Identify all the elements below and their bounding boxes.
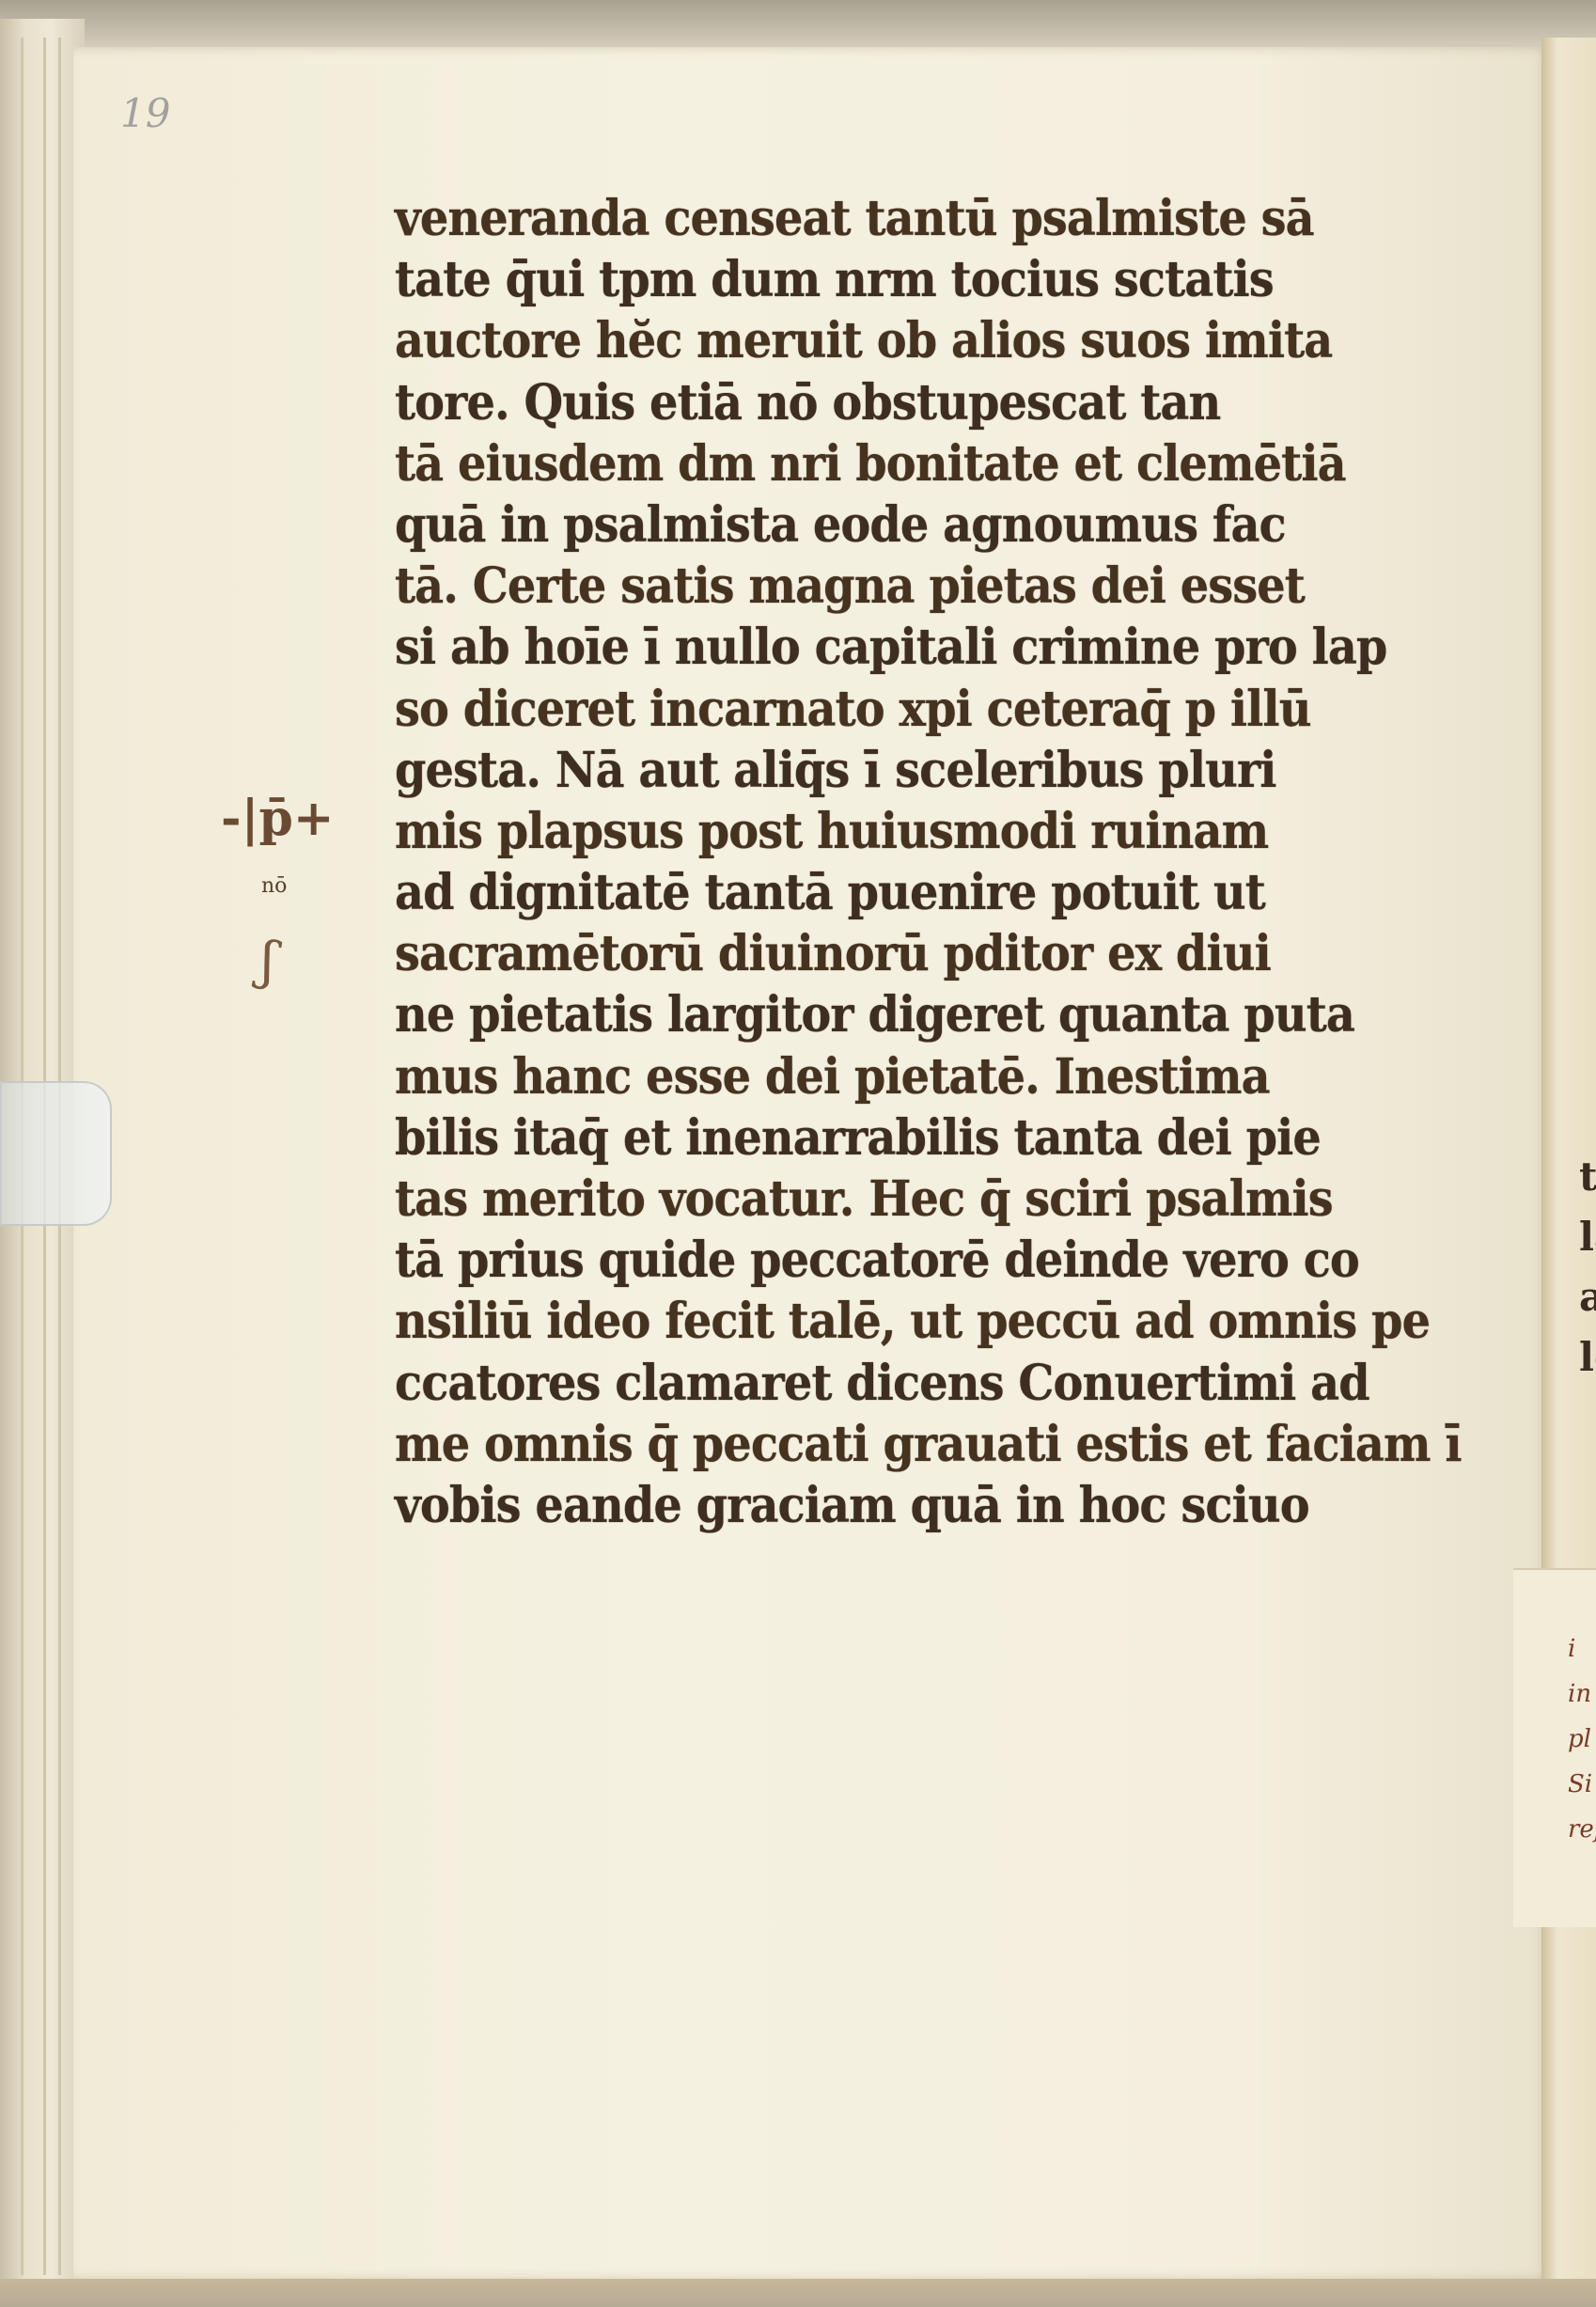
- marginal-note: -|p̄+: [221, 790, 334, 847]
- text-line: nsiliū ideo fecit talē, ut peccū ad omni…: [395, 1291, 1389, 1352]
- text-line: gesta. Nā aut aliq̄s ī sceleribus pluri: [395, 740, 1389, 801]
- plastic-clip: [0, 1081, 112, 1226]
- binding-bottom-edge: [0, 2279, 1596, 2307]
- text-line: ad dignitatē tantā puenire potuit ut: [395, 862, 1389, 923]
- text-line: si ab hoīe ī nullo capitali crimine pro …: [395, 617, 1389, 678]
- fragment: in: [1568, 1671, 1596, 1717]
- text-line: me omnis q̄ peccati grauati estis et fac…: [395, 1414, 1389, 1475]
- fragment: la: [1579, 1207, 1596, 1267]
- text-line: mis plapsus post huiusmodi ruinam: [395, 801, 1389, 862]
- fragment: t: [1579, 1147, 1596, 1207]
- main-text-block: veneranda censeat tantū psalmiste sā tat…: [395, 188, 1476, 1536]
- fragment: i: [1568, 1626, 1596, 1671]
- text-line: quā in psalmista eode agnoumus fac: [395, 494, 1389, 556]
- text-line: tate q̄ui tpm dum nrm tocius sctatis: [395, 249, 1389, 310]
- text-line: ccatores clamaret dicens Conuertimi ad: [395, 1353, 1389, 1414]
- binding-top-edge: [0, 0, 1596, 51]
- text-line: tā prius quide peccatorē deinde vero co: [395, 1230, 1389, 1291]
- slip-text: i in pl Si ref: [1568, 1626, 1596, 1852]
- marginal-abbrev: nō: [261, 874, 287, 898]
- text-line: so diceret incarnato xpi ceteraq̄ p illū: [395, 679, 1389, 740]
- fragment: pl: [1568, 1717, 1596, 1762]
- text-line: veneranda censeat tantū psalmiste sā: [395, 188, 1389, 249]
- text-line: tā eiusdem dm nri bonitate et clemētiā: [395, 433, 1389, 494]
- fragment: ref: [1568, 1807, 1596, 1852]
- fragment: le: [1579, 1327, 1596, 1388]
- text-line: tā. Certe satis magna pietas dei esset: [395, 556, 1389, 617]
- text-line: bilis itaq̄ et inenarrabilis tanta dei p…: [395, 1107, 1389, 1169]
- text-line: auctore hĕc meruit ob alios suos imita: [395, 310, 1389, 371]
- text-line: vobis eande graciam quā in hoc sciuo: [395, 1475, 1389, 1536]
- text-line: tore. Quis etiā nō obstupescat tan: [395, 372, 1389, 433]
- text-line: ne pietatis largitor digeret quanta puta: [395, 984, 1389, 1045]
- text-line: tas merito vocatur. Hec q̄ sciri psalmis: [395, 1169, 1389, 1230]
- facing-page-text: t la a le: [1579, 1147, 1596, 1388]
- fragment: a: [1579, 1267, 1596, 1327]
- folio-number: 19: [120, 90, 170, 136]
- text-line: mus hanc esse dei pietatē. Inestima: [395, 1046, 1389, 1107]
- fragment: Si: [1568, 1762, 1596, 1807]
- text-line: sacramētorū diuinorū pditor ex diui: [395, 923, 1389, 984]
